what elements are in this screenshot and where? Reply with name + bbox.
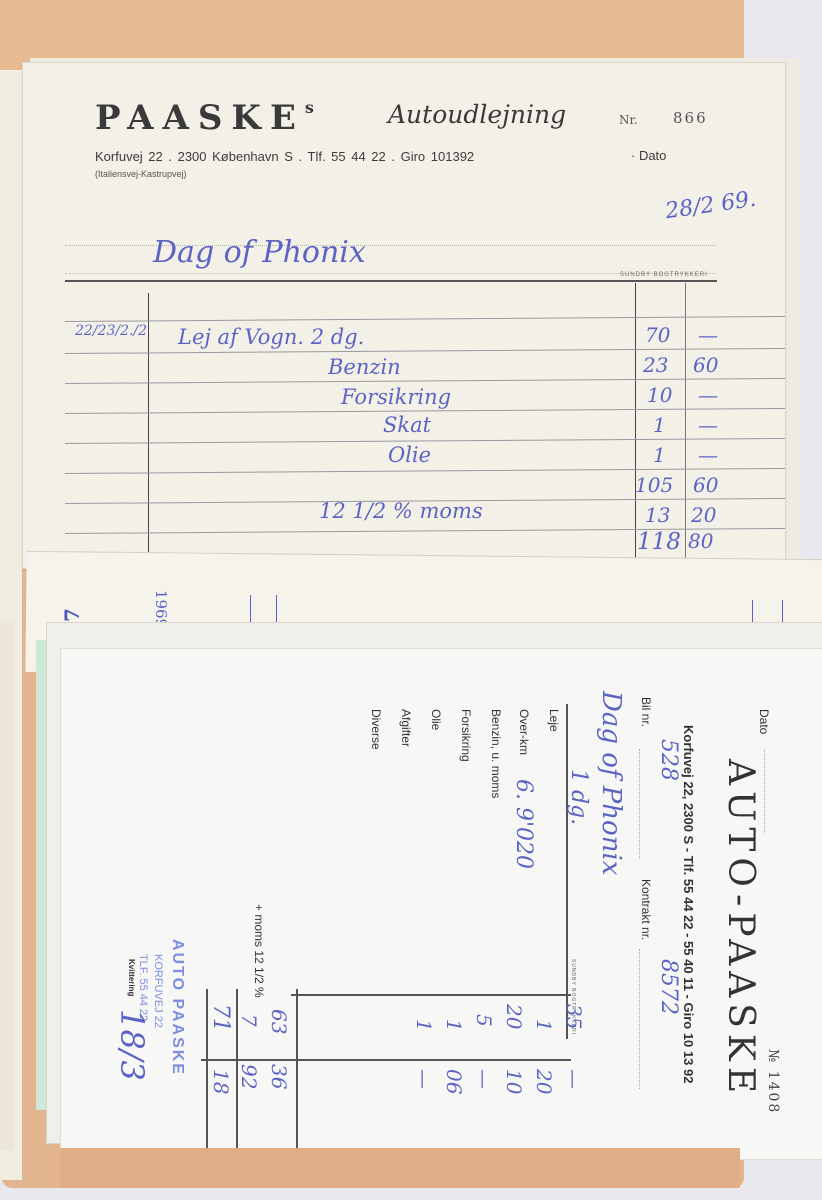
receipt-moms-label: + moms 12 1/2 % — [252, 904, 266, 998]
item-description: Benzin — [328, 355, 401, 379]
receipt-line-ore: 20 — [532, 1069, 556, 1094]
item-description: Skat — [383, 413, 431, 437]
printer-mark: SUNDBY BOGTRYKKERI — [620, 272, 708, 278]
receipt-customer: Dag of Phonix — [596, 691, 626, 875]
table-top-rule — [65, 280, 717, 282]
item-ore: — — [698, 443, 718, 467]
receipt-line-kr: 1 — [412, 1019, 436, 1032]
ore-column-divider — [685, 283, 686, 563]
receipt-signature: 18/3 — [113, 1009, 151, 1081]
receipt-line-label: Diverse — [369, 709, 383, 750]
receipt-line-label: Olie — [429, 709, 443, 730]
receipt-line-label: Over-km — [517, 709, 531, 755]
dotted-line — [639, 949, 640, 1089]
subtotal-kr: 105 — [635, 473, 673, 497]
receipt-dato-label: Dato — [757, 709, 771, 734]
dotted-line — [639, 749, 640, 859]
row-line — [65, 378, 785, 384]
receipt-bil-value: 528 — [656, 739, 681, 781]
invoice-address: Korfuvej 22 . 2300 København S . Tlf. 55… — [95, 149, 474, 164]
invoice-dato-label: · Dato — [631, 148, 666, 163]
receipt-kr-rule — [291, 994, 571, 996]
receipt-total-ore: 18 — [209, 1069, 233, 1094]
receipt-stamp-line1: AUTO PAASKE — [168, 939, 186, 1076]
date-column-divider — [148, 293, 149, 553]
receipt-line-label: Benzin, u. moms — [489, 709, 503, 798]
receipt-total-kr: 71 — [208, 1004, 233, 1032]
receipt-line-kr: 1 — [442, 1019, 466, 1032]
row-line — [65, 468, 785, 474]
receipt-stamp-line2: KORFUVEJ 22 — [152, 954, 164, 1028]
invoice-address-sub: (Italiensvej-Kastrupvej) — [95, 169, 187, 179]
row-line — [65, 316, 785, 322]
invoice-brand: PAASKEs — [95, 98, 314, 138]
receipt-line-ore: 10 — [502, 1069, 526, 1094]
receipt-line-ore: 06 — [442, 1069, 466, 1094]
moms-ore: 20 — [691, 503, 716, 527]
receipt-line-hand: 6. 9'020 — [511, 779, 536, 869]
receipt-line-label: Forsikring — [459, 709, 473, 762]
receipt-title: AUTO-PAASKE — [720, 759, 761, 1099]
item-kr: 23 — [643, 353, 668, 377]
receipt-kvittering-label: Kvittering — [127, 959, 136, 996]
receipt-nr: № 1408 — [765, 1049, 781, 1114]
receipt-subtotal-ore: 36 — [267, 1064, 291, 1089]
receipt-line-kr: 35 — [562, 1004, 586, 1029]
row-line — [65, 348, 785, 354]
kr-column-divider — [635, 283, 636, 563]
receipt-line-label: Afgifter — [399, 709, 413, 747]
subtotal-ore: 60 — [693, 473, 718, 497]
receipt-moms-ore: 92 — [237, 1064, 261, 1089]
moms-description: 12 1/2 % moms — [319, 499, 483, 523]
left-paper-edge-2 — [0, 620, 14, 1150]
item-description: Forsikring — [341, 385, 451, 409]
receipt-line-ore: — — [412, 1069, 436, 1089]
item-ore: — — [698, 323, 718, 347]
item-ore: — — [698, 383, 718, 407]
receipt-line-kr: 20 — [502, 1004, 526, 1029]
receipt-line-label: Leje — [547, 709, 561, 732]
invoice-subtitle: Autoudlejning — [388, 100, 566, 129]
dotted-line — [65, 273, 715, 274]
receipt-ore-rule — [201, 1059, 571, 1061]
moms-kr: 13 — [645, 503, 670, 527]
invoice-customer: Dag of Phonix — [153, 235, 366, 270]
invoice-nr-value: 866 — [673, 109, 708, 127]
receipt-bil-label: Bil nr. — [639, 697, 653, 727]
receipt-line-hand: 1 dg. — [566, 769, 591, 825]
item-ore: 60 — [693, 353, 718, 377]
item-kr: 1 — [653, 443, 666, 467]
auto-paaske-receipt: Dato 14/3 69 AUTO-PAASKE Korfuvej 22, 23… — [60, 648, 822, 1160]
item-description: Lej af Vogn. 2 dg. — [178, 325, 364, 349]
invoice-date: 28/2 69. — [664, 187, 758, 224]
invoice-nr-label: Nr. — [619, 113, 638, 127]
item-kr: 10 — [647, 383, 672, 407]
receipt-subtotal-kr: 63 — [267, 1009, 291, 1034]
receipt-line-ore: — — [472, 1069, 496, 1089]
receipt-line-ore: — — [562, 1069, 586, 1089]
receipt-kontrakt-label: Kontrakt nr. — [639, 879, 653, 940]
receipt-label-rule — [566, 704, 568, 1039]
receipt-address: Korfuvej 22, 2300 S - Tlf. 55 44 22 - 55… — [681, 725, 696, 1083]
item-kr: 1 — [653, 413, 666, 437]
item-kr: 70 — [645, 323, 670, 347]
row-date: 22/23/2./2 — [75, 323, 147, 339]
folder-bottom-edge — [60, 1148, 740, 1188]
paaske-invoice: PAASKEs Autoudlejning Nr. 866 Korfuvej 2… — [22, 62, 786, 569]
receipt-line-kr: 5 — [472, 1014, 496, 1027]
receipt-line-kr: 1 — [532, 1019, 556, 1032]
total-kr: 118 — [637, 529, 681, 555]
receipt-kontrakt-value: 8572 — [656, 959, 681, 1015]
dotted-line — [764, 749, 765, 834]
item-description: Olie — [388, 443, 431, 467]
total-ore: 80 — [688, 529, 713, 553]
item-ore: — — [698, 413, 718, 437]
receipt-moms-kr: 7 — [237, 1014, 261, 1027]
